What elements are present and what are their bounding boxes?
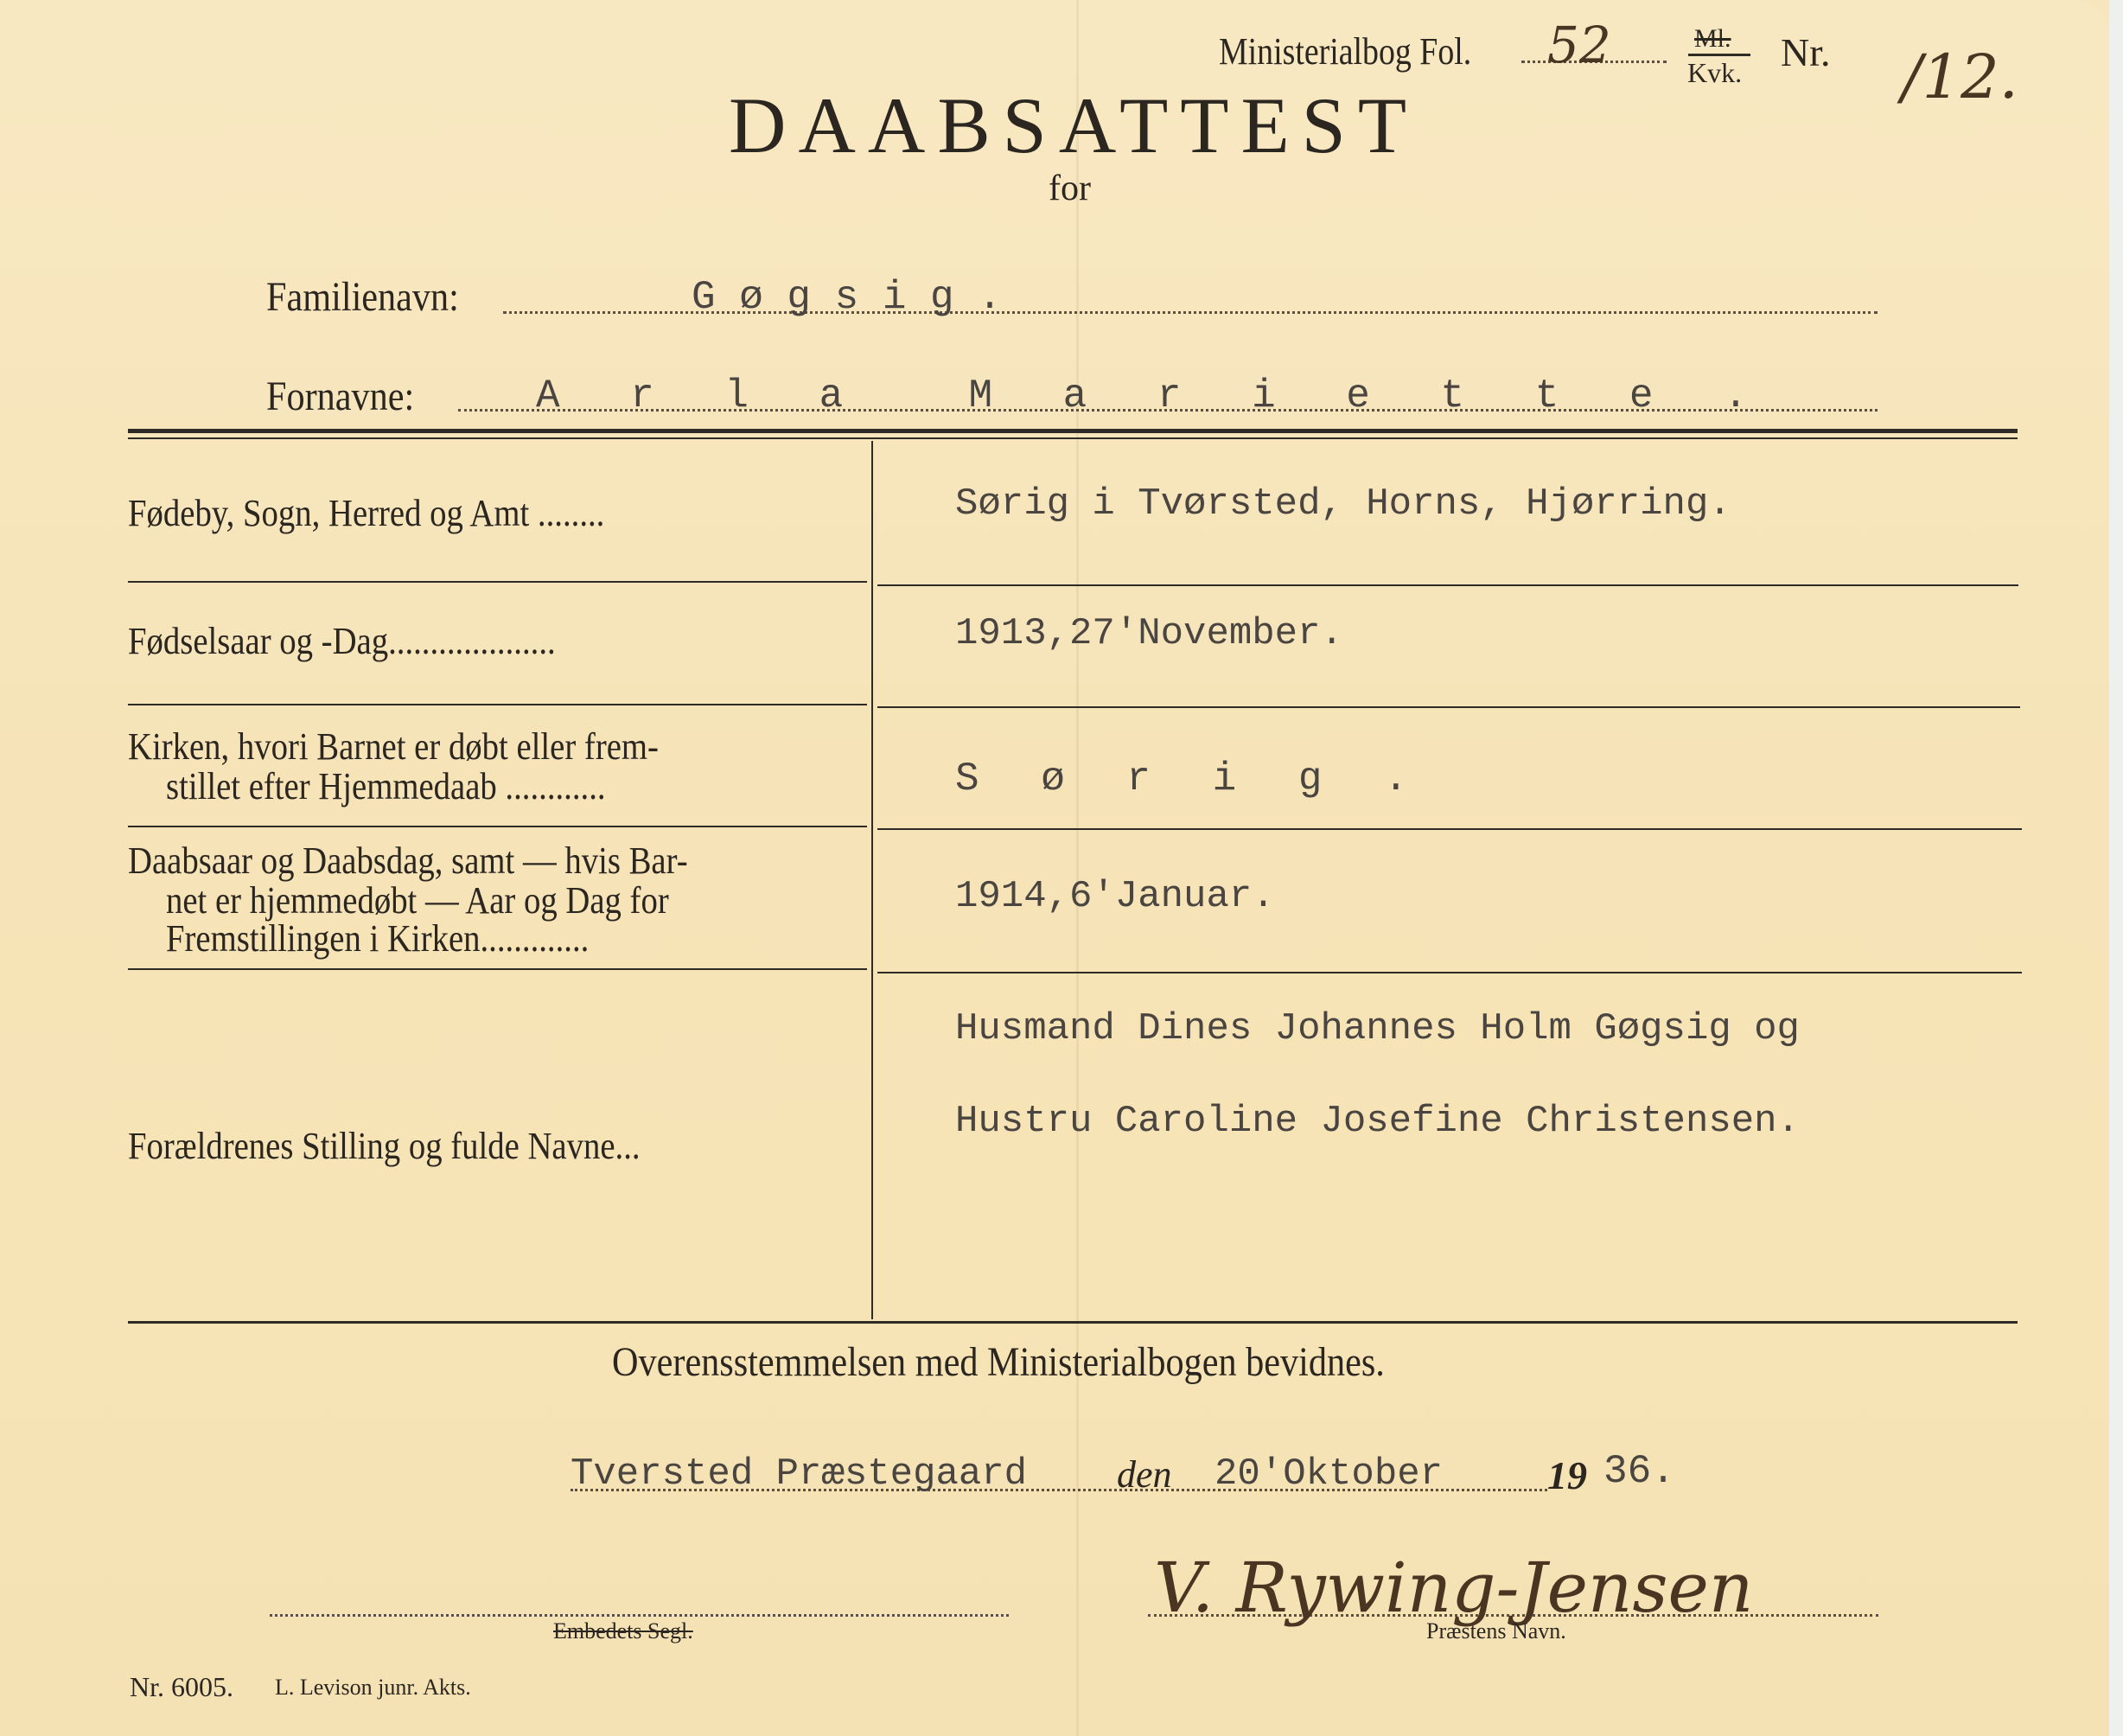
fornavne-label: Fornavne: [266, 376, 414, 418]
printer-credit: L. Levison junr. Akts. [275, 1675, 471, 1701]
year-suffix: 36. [1603, 1449, 1675, 1494]
priest-signature: V. Rywing-Jensen [1154, 1548, 1753, 1628]
scan-edge [2109, 0, 2123, 1736]
parents-value-line1: Husmand Dines Johannes Holm Gøgsig og [955, 1007, 1800, 1050]
column-divider [871, 441, 873, 1319]
church-label-line1: Kirken, hvori Barnet er døbt eller frem- [128, 726, 659, 768]
row-separator [128, 704, 867, 705]
parents-value-line2: Hustru Caroline Josefine Christensen. [955, 1100, 1800, 1143]
fraction-bottom: Kvk. [1687, 57, 1742, 89]
form-number: Nr. 6005. [130, 1671, 233, 1703]
fraction-top-struck: Ml. [1694, 24, 1731, 54]
birthplace-value: Sørig i Tvørsted, Horns, Hjørring. [955, 482, 1731, 526]
baptism-label-line1: Daabsaar og Daabsdag, samt — hvis Bar- [128, 840, 688, 882]
row-separator [128, 968, 867, 970]
year-prefix: 19 [1547, 1452, 1587, 1498]
baptism-label-line3: Fremstillingen i Kirken............. [166, 918, 589, 960]
row-separator [877, 972, 2022, 973]
nr-value: /12. [1902, 41, 2018, 112]
familienavn-value: G ø g s i g . [692, 275, 1002, 320]
attestation-statement: Overensstemmelsen med Ministerialbogen b… [612, 1342, 1385, 1383]
familienavn-label: Familienavn: [266, 277, 459, 318]
baptism-date-value: 1914,6'Januar. [955, 875, 1275, 918]
double-rule-thin [128, 437, 2018, 439]
parents-label: Forældrenes Stilling og fulde Navne... [128, 1126, 641, 1167]
row-separator [877, 828, 2022, 830]
attestation-place: Tversted Præstegaard [571, 1452, 1027, 1496]
birthdate-label: Fødselsaar og -Dag.................... [128, 621, 556, 662]
table-bottom-rule [128, 1321, 2018, 1324]
row-separator [877, 706, 2020, 708]
row-separator [128, 581, 867, 583]
seal-dotted-line [270, 1614, 1009, 1617]
row-separator [877, 584, 2018, 586]
church-label-line2: stillet efter Hjemmedaab ............ [166, 766, 606, 807]
church-value: S ø r i g . [955, 756, 1427, 801]
ministerialbog-label: Ministerialbog Fol. [1219, 29, 1471, 73]
document-title: DAABSATTEST [729, 80, 1419, 171]
priest-label: Præstens Navn. [1426, 1618, 1566, 1644]
baptism-label-line2: net er hjemmedøbt — Aar og Dag for [166, 880, 669, 922]
attestation-date: 20'Oktober [1215, 1452, 1443, 1496]
nr-label: Nr. [1781, 29, 1831, 75]
den-label: den [1117, 1452, 1172, 1497]
double-rule-thick [128, 429, 2018, 433]
folio-value: 52 [1547, 16, 1611, 74]
fornavne-value: A r l a M a r i e t t e . [536, 373, 1763, 418]
birthdate-value: 1913,27'November. [955, 612, 1343, 655]
row-separator [128, 826, 867, 827]
birthplace-label: Fødeby, Sogn, Herred og Amt ........ [128, 493, 604, 534]
fraction-bar [1688, 54, 1750, 56]
document-subtitle: for [1049, 168, 1091, 209]
seal-label-struck: Embedets Segl. [553, 1618, 693, 1644]
